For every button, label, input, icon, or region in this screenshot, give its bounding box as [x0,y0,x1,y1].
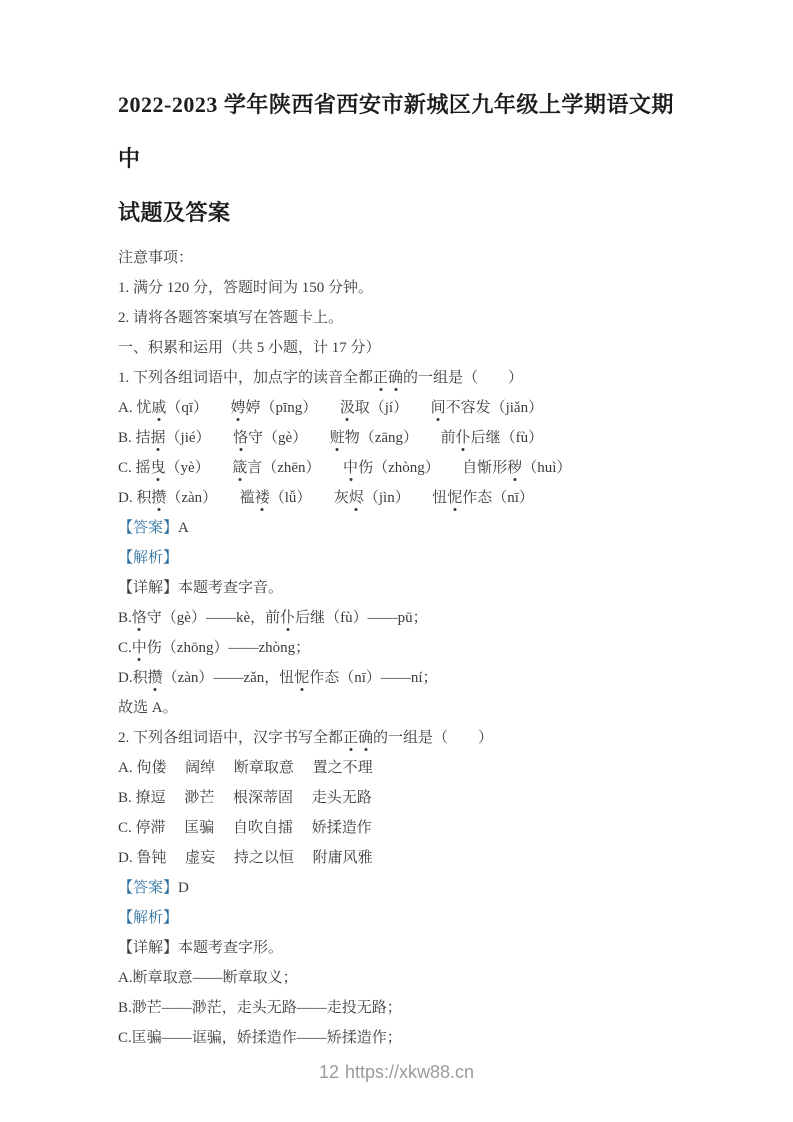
q2-option-a: A. 佝偻 阔绰 断章取意 置之不理 [118,758,693,778]
q2-option-c: C. 停滞 匡骗 自吹自擂 娇揉造作 [118,818,693,838]
page-footer: 12https://xkw88.cn [0,1062,793,1083]
q1-answer-value: A [178,520,189,536]
q2-explanation-b: B.渺芒——渺茫，走头无路——走投无路； [118,998,693,1018]
exam-page: 2022-2023 学年陕西省西安市新城区九年级上学期语文期中 试题及答案 注意… [0,0,793,1122]
q1-detail: 【详解】本题考查字音。 [118,578,693,598]
notice-item-2: 2. 请将各题答案填写在答题卡上。 [118,308,693,328]
q1-conclusion: 故选 A。 [118,698,693,718]
page-title: 2022-2023 学年陕西省西安市新城区九年级上学期语文期中 试题及答案 [118,78,693,240]
q1-explanation-d: D.积攒（zàn）——zǎn，忸怩作态（nī）——ní； [118,668,693,688]
q2-option-b: B. 撩逗 渺芒 根深蒂固 走头无路 [118,788,693,808]
q2-explanation-c: C.匡骗——诓骗，娇揉造作——矫揉造作； [118,1028,693,1048]
q1-answer-line: 【答案】A [118,518,693,538]
q1-stem: 1. 下列各组词语中，加点字的读音全都正确的一组是（ ） [118,368,693,388]
page-title-line-1: 2022-2023 学年陕西省西安市新城区九年级上学期语文期中 [118,78,693,186]
q1-option-b: B. 拮据（jié） 恪守（gè） 赃物（zāng） 前仆后继（fù） [118,428,693,448]
section-heading: 一、积累和运用（共 5 小题，计 17 分） [118,338,693,358]
q2-answer-value: D [178,880,189,896]
q1-option-a: A. 忧戚（qī） 娉婷（pīng） 汲取（jí） 间不容发（jiǎn） [118,398,693,418]
q1-answer-label: 【答案】 [118,520,178,536]
q1-analysis-label: 【解析】 [118,548,693,568]
q2-answer-line: 【答案】D [118,878,693,898]
q2-option-d: D. 鲁钝 虚妄 持之以恒 附庸风雅 [118,848,693,868]
notice-item-1: 1. 满分 120 分，答题时间为 150 分钟。 [118,278,693,298]
page-number: 12 [319,1062,339,1082]
page-title-line-2: 试题及答案 [118,186,693,240]
q2-explanation-a: A.断章取意——断章取义； [118,968,693,988]
q2-detail: 【详解】本题考查字形。 [118,938,693,958]
q1-explanation-c: C.中伤（zhōng）——zhòng； [118,638,693,658]
notice-heading: 注意事项： [118,248,693,268]
q1-explanation-b: B.恪守（gè）——kè，前仆后继（fù）——pū； [118,608,693,628]
q2-analysis-label: 【解析】 [118,908,693,928]
q1-option-c: C. 摇曳（yè） 箴言（zhēn） 中伤（zhòng） 自惭形秽（huì） [118,458,693,478]
q1-option-d: D. 积攒（zàn） 褴褛（lǚ） 灰烬（jìn） 忸怩作态（nī） [118,488,693,508]
footer-url: https://xkw88.cn [345,1062,474,1082]
q2-stem: 2. 下列各组词语中，汉字书写全都正确的一组是（ ） [118,728,693,748]
q2-answer-label: 【答案】 [118,880,178,896]
